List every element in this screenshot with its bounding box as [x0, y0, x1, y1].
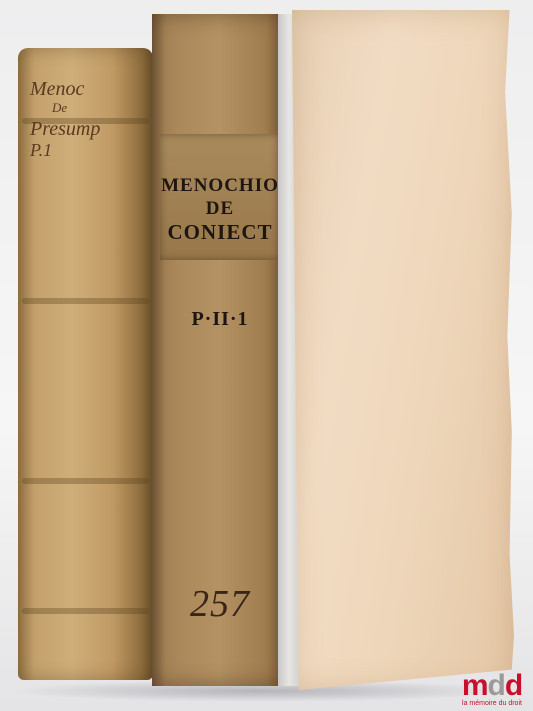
spine-title-author: MENOCHIO — [160, 175, 280, 197]
spine-band — [22, 608, 149, 614]
spine-band — [22, 298, 149, 304]
spine-band — [22, 478, 149, 484]
mdd-logo-tagline: la mémoire du droit — [457, 700, 527, 707]
left-spine-author: Menoc — [30, 78, 140, 101]
right-book-cover — [292, 10, 514, 690]
left-spine-title: Presump — [30, 118, 140, 141]
mdd-watermark-logo: mdd la mémoire du droit — [457, 672, 527, 707]
spine-title-subject: CONIECT — [160, 220, 280, 245]
left-spine-de: De — [52, 100, 162, 116]
spine-shelf-number: 257 — [160, 582, 280, 626]
left-spine-volume: P.1 — [30, 140, 140, 161]
spine-title-de: DE — [160, 198, 280, 220]
spine-volume-label: P·II·1 — [160, 308, 280, 331]
mdd-logo-mark: mdd — [457, 672, 527, 700]
